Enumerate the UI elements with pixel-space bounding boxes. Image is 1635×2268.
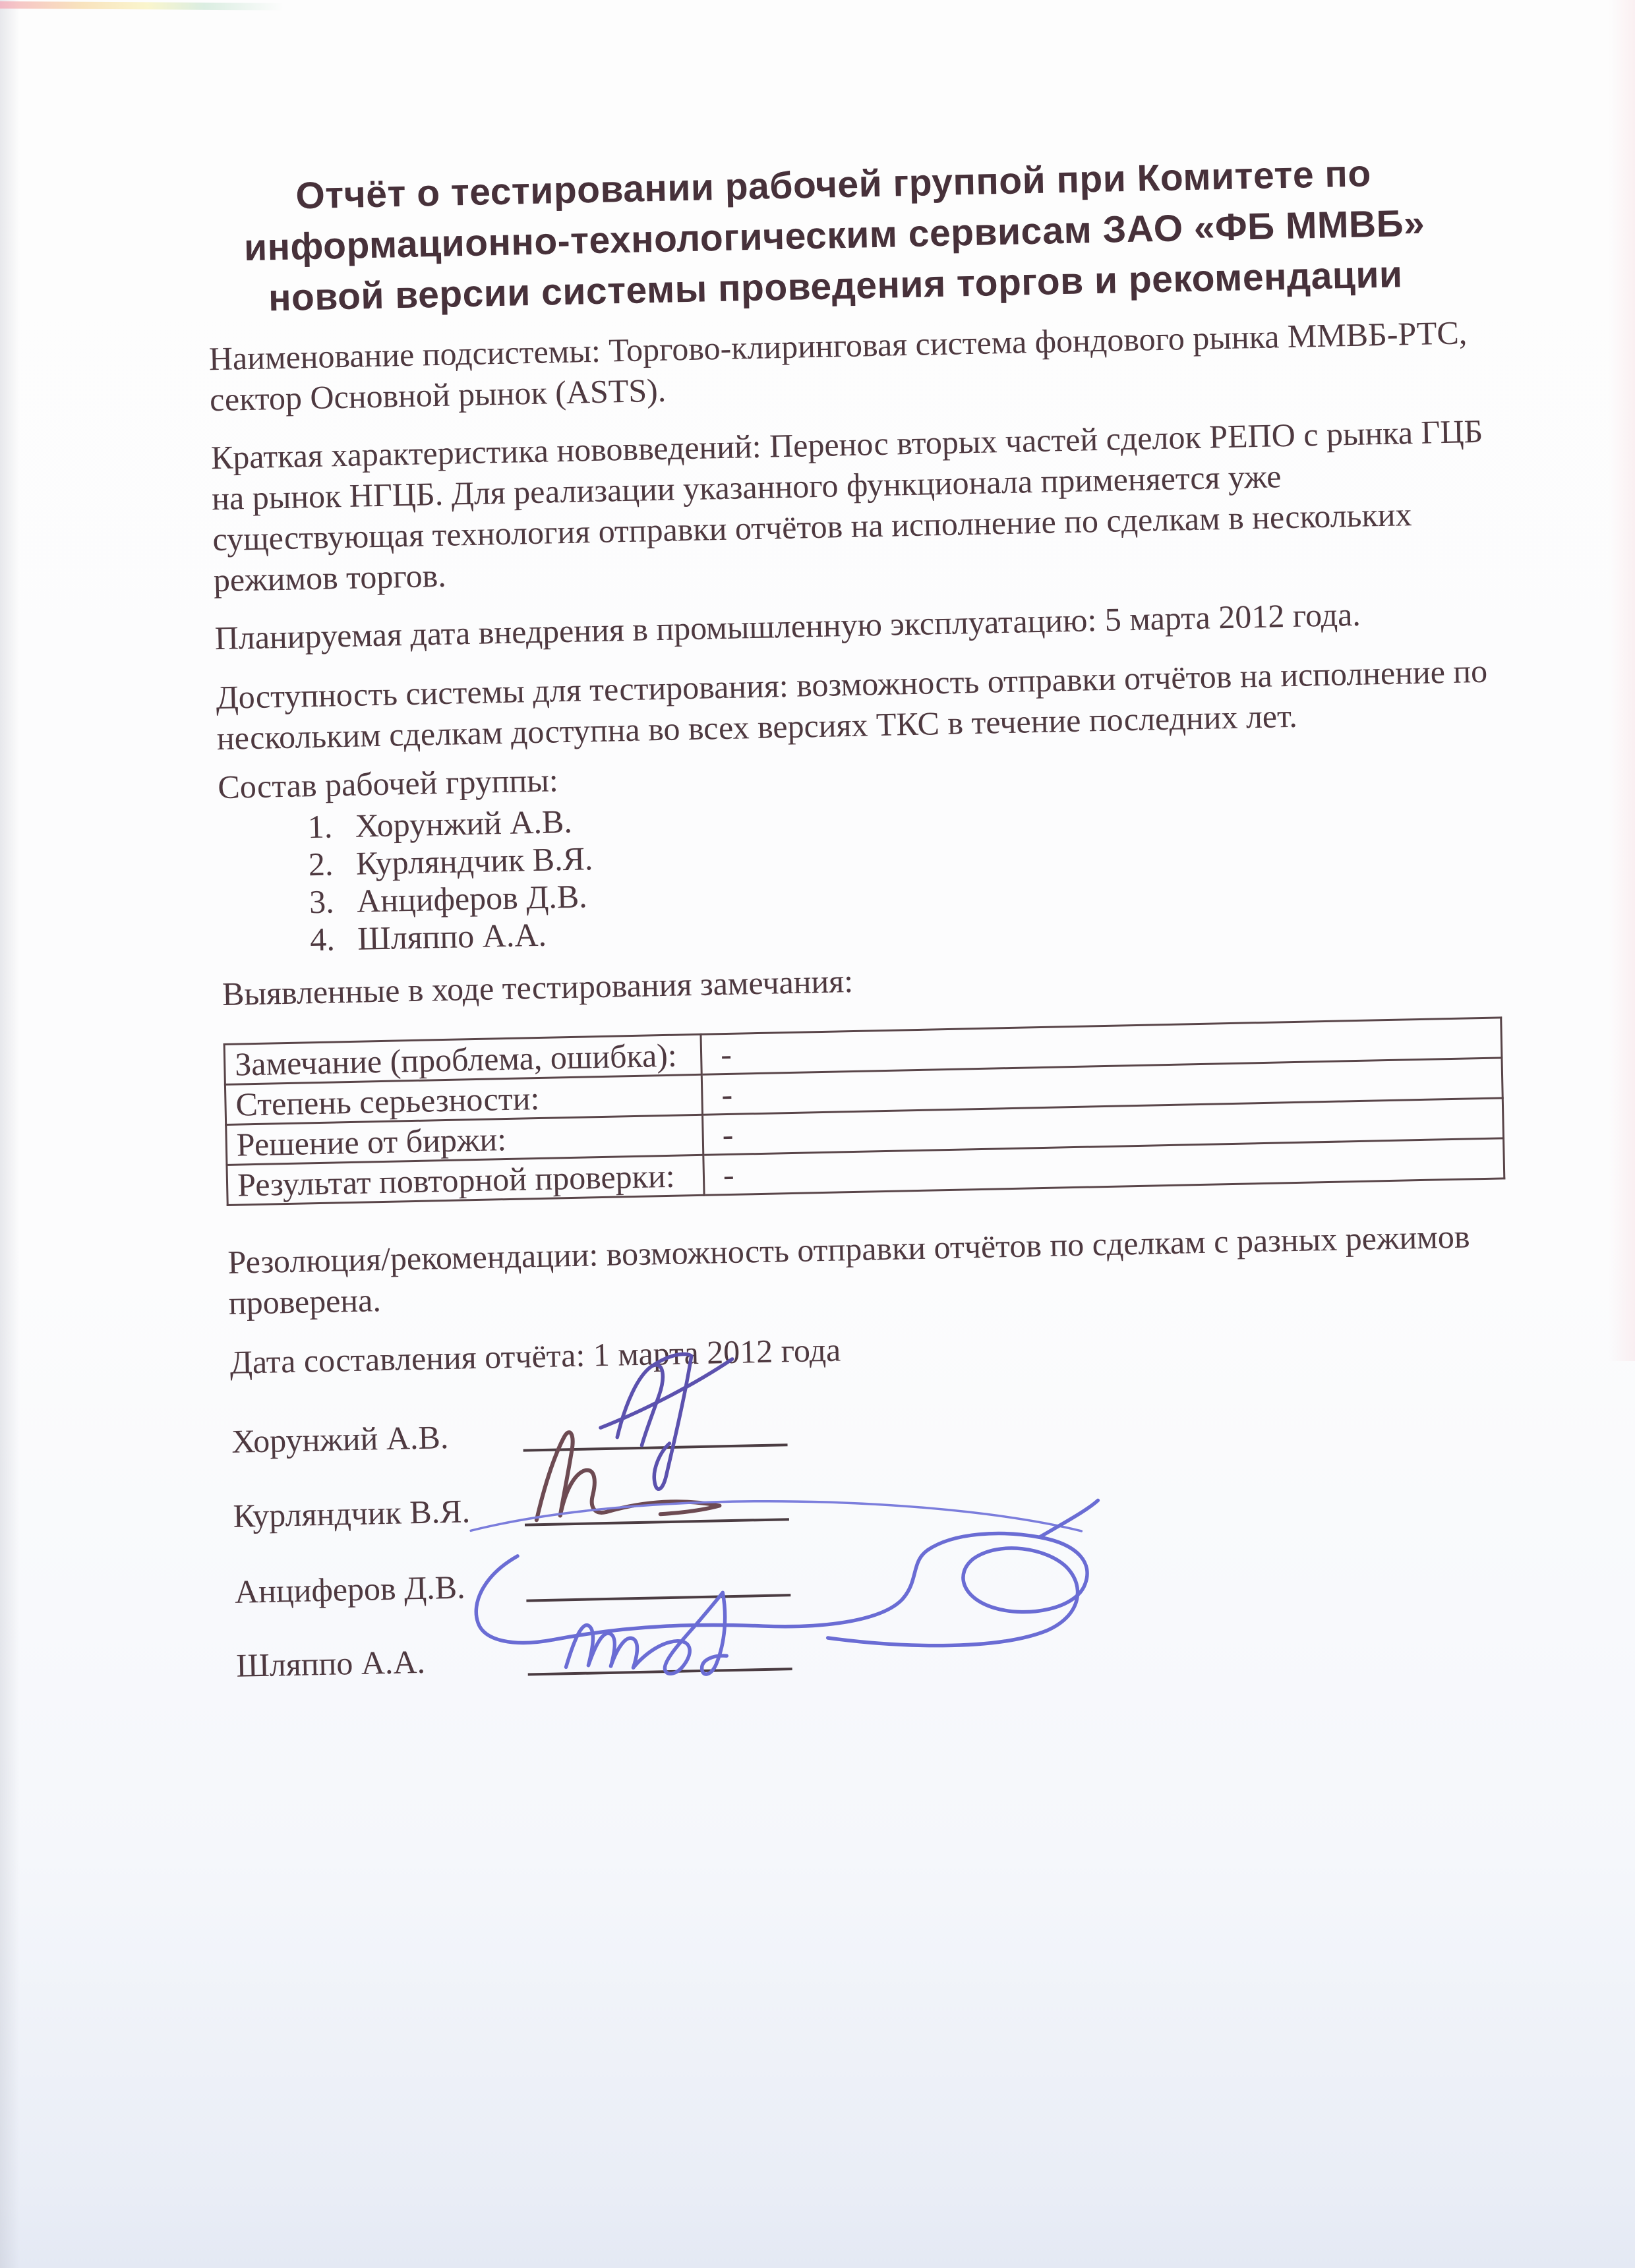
- remarks-heading: Выявленные в ходе тестирования замечания…: [222, 947, 1478, 1014]
- signature-line: [526, 1594, 790, 1602]
- member-number: 4.: [310, 920, 358, 958]
- member-name: Курляндчик В.Я.: [355, 840, 593, 882]
- signature-line: [523, 1443, 788, 1451]
- signature-name: Хорунжий А.В.: [231, 1416, 449, 1462]
- member-name: Анциферов Д.В.: [357, 877, 588, 919]
- remarks-table: Замечание (проблема, ошибка): - Степень …: [223, 1016, 1506, 1206]
- document-page: Отчёт о тестировании рабочей группой при…: [0, 0, 1635, 2268]
- signature-line: [525, 1518, 789, 1526]
- member-number: 1.: [307, 807, 355, 846]
- member-name: Шляппо А.А.: [357, 916, 547, 957]
- report-date: Дата составления отчёта: 1 марта 2012 го…: [229, 1316, 1486, 1383]
- signature-row-kurlyandchik: Курляндчик В.Я.: [233, 1469, 1489, 1543]
- paragraph-line: Планируемая дата внедрения в промышленну…: [214, 591, 1471, 658]
- paragraph-launch-date: Планируемая дата внедрения в промышленну…: [214, 591, 1471, 658]
- paragraph-availability: Доступность системы для тестирования: во…: [216, 651, 1473, 759]
- signature-name: Курляндчик В.Я.: [233, 1490, 471, 1536]
- signature-row-shlyappo: Шляппо А.А.: [236, 1619, 1493, 1693]
- paragraph-resolution: Резолюция/рекомендации: возможность отпр…: [227, 1215, 1485, 1323]
- signature-row-khorunzhiy: Хорунжий А.В.: [231, 1395, 1488, 1468]
- member-number: 2.: [308, 845, 356, 883]
- signatures-block: Хорунжий А.В. Курляндчик В.Я. Анциферов …: [231, 1389, 1495, 1811]
- signature-name: Анциферов Д.В.: [234, 1567, 465, 1612]
- document-content: Отчёт о тестировании рабочей группой при…: [205, 146, 1495, 1811]
- signature-line: [528, 1668, 792, 1675]
- working-group-list: 1.Хорунжий А.В. 2.Курляндчик В.Я. 3.Анци…: [218, 784, 1477, 960]
- member-number: 3.: [309, 883, 357, 921]
- signature-row-antsiferov: Анциферов Д.В.: [234, 1545, 1491, 1619]
- document-title: Отчёт о тестировании рабочей группой при…: [205, 146, 1464, 325]
- paragraph-features: Краткая характеристика нововведений: Пер…: [210, 411, 1470, 600]
- member-name: Хорунжий А.В.: [355, 803, 572, 844]
- paragraph-subsystem: Наименование подсистемы: Торгово-клиринг…: [208, 312, 1466, 420]
- signature-name: Шляппо А.А.: [236, 1641, 426, 1686]
